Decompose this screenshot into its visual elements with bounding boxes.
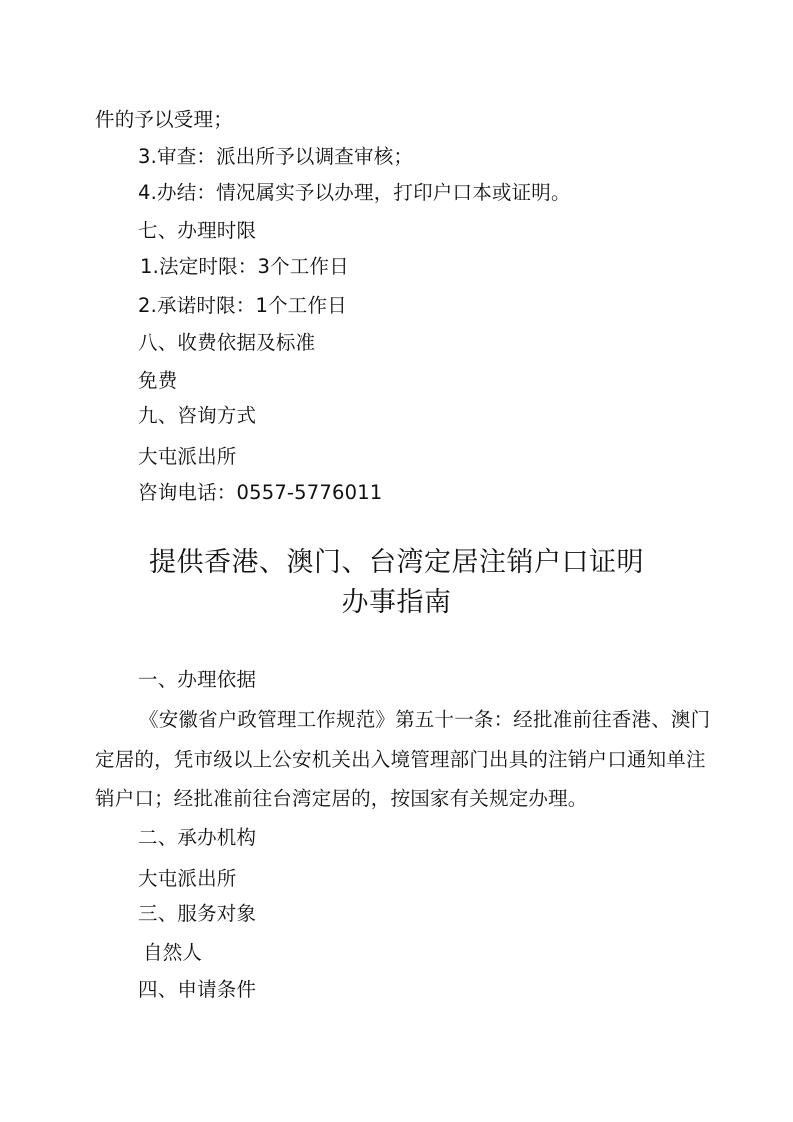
consultation-office: 大屯派出所 — [138, 445, 237, 469]
document-page: 件的予以受理； 3.审查：派出所予以调查审核； 4.办结：情况属实予以办理，打印… — [0, 0, 793, 1122]
step-review: 3.审查：派出所予以调查审核； — [138, 145, 413, 169]
basis-paragraph: 《安徽省户政管理工作规范》第五十一条：经批准前往香港、澳门定居的，凭市级以上公安… — [95, 700, 715, 819]
guide-title-line1: 提供香港、澳门、台湾定居注销户口证明 — [0, 546, 793, 580]
fees-value: 免费 — [138, 369, 177, 393]
section-heading-service-target: 三、服务对象 — [138, 902, 256, 926]
section-heading-agency: 二、承办机构 — [138, 826, 256, 850]
time-limit-legal: 1.法定时限：3个工作日 — [140, 255, 349, 279]
consultation-phone: 咨询电话：0557-5776011 — [138, 481, 382, 505]
section-heading-time-limit: 七、办理时限 — [138, 219, 256, 243]
section-heading-fees: 八、收费依据及标准 — [138, 331, 315, 355]
section-heading-conditions: 四、申请条件 — [138, 978, 256, 1002]
service-target-value: 自然人 — [143, 941, 202, 965]
step-complete: 4.办结：情况属实予以办理，打印户口本或证明。 — [138, 181, 571, 205]
section-heading-consultation: 九、咨询方式 — [138, 404, 256, 428]
guide-title-line2: 办事指南 — [0, 586, 793, 620]
time-limit-promised: 2.承诺时限：1个工作日 — [138, 294, 347, 318]
agency-value: 大屯派出所 — [138, 867, 237, 891]
section-heading-basis: 一、办理依据 — [138, 668, 256, 692]
continuation-text: 件的予以受理； — [95, 108, 233, 132]
